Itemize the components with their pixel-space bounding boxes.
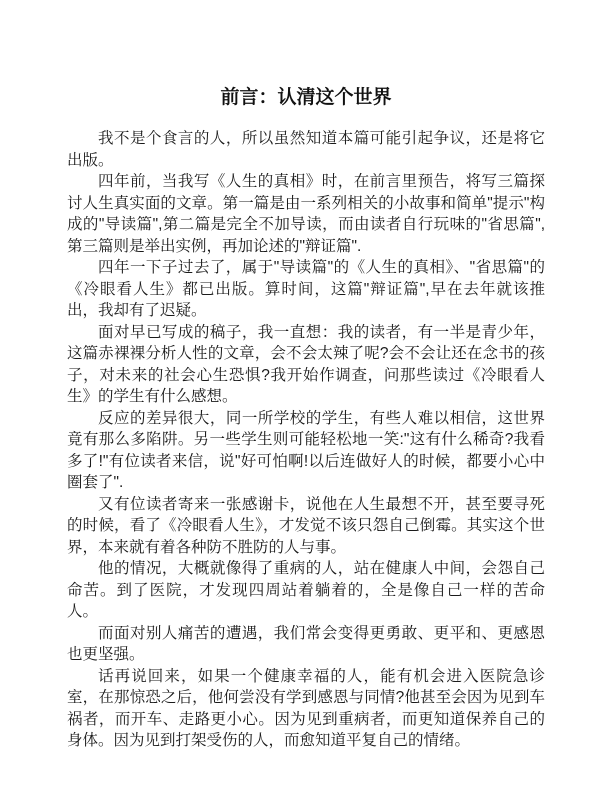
paragraph: 四年前，当我写《人生的真相》时，在前言里预告，将写三篇探讨人生真实面的文章。第一… (67, 171, 545, 257)
page-content: 前言：认清这个世界 我不是个食言的人，所以虽然知道本篇可能引起争议，还是将它出版… (67, 86, 545, 752)
document-body: 我不是个食言的人，所以虽然知道本篇可能引起争议，还是将它出版。 四年前，当我写《… (67, 128, 545, 752)
paragraph: 又有位读者寄来一张感谢卡，说他在人生最想不开，甚至要寻死的时候，看了《冷眼看人生… (67, 494, 545, 559)
document-page: 前言：认清这个世界 我不是个食言的人，所以虽然知道本篇可能引起争议，还是将它出版… (0, 0, 612, 792)
paragraph: 而面对别人痛苦的遭遇，我们常会变得更勇敢、更平和、更感恩也更坚强。 (67, 623, 545, 666)
paragraph: 我不是个食言的人，所以虽然知道本篇可能引起争议，还是将它出版。 (67, 128, 545, 171)
paragraph: 四年一下子过去了，属于"导读篇"的《人生的真相》、"省思篇"的《冷眼看人生》都已… (67, 257, 545, 322)
paragraph: 话再说回来，如果一个健康幸福的人，能有机会进入医院急诊室，在那惊恐之后，他何尝没… (67, 666, 545, 752)
paragraph: 反应的差异很大，同一所学校的学生，有些人难以相信，这世界竟有那么多陷阱。另一些学… (67, 408, 545, 494)
paragraph: 他的情况，大概就像得了重病的人，站在健康人中间，会怨自己命苦。到了医院，才发现四… (67, 558, 545, 623)
paragraph: 面对早已写成的稿子，我一直想：我的读者，有一半是青少年，这篇赤裸裸分析人性的文章… (67, 322, 545, 408)
page-title: 前言：认清这个世界 (67, 86, 545, 109)
